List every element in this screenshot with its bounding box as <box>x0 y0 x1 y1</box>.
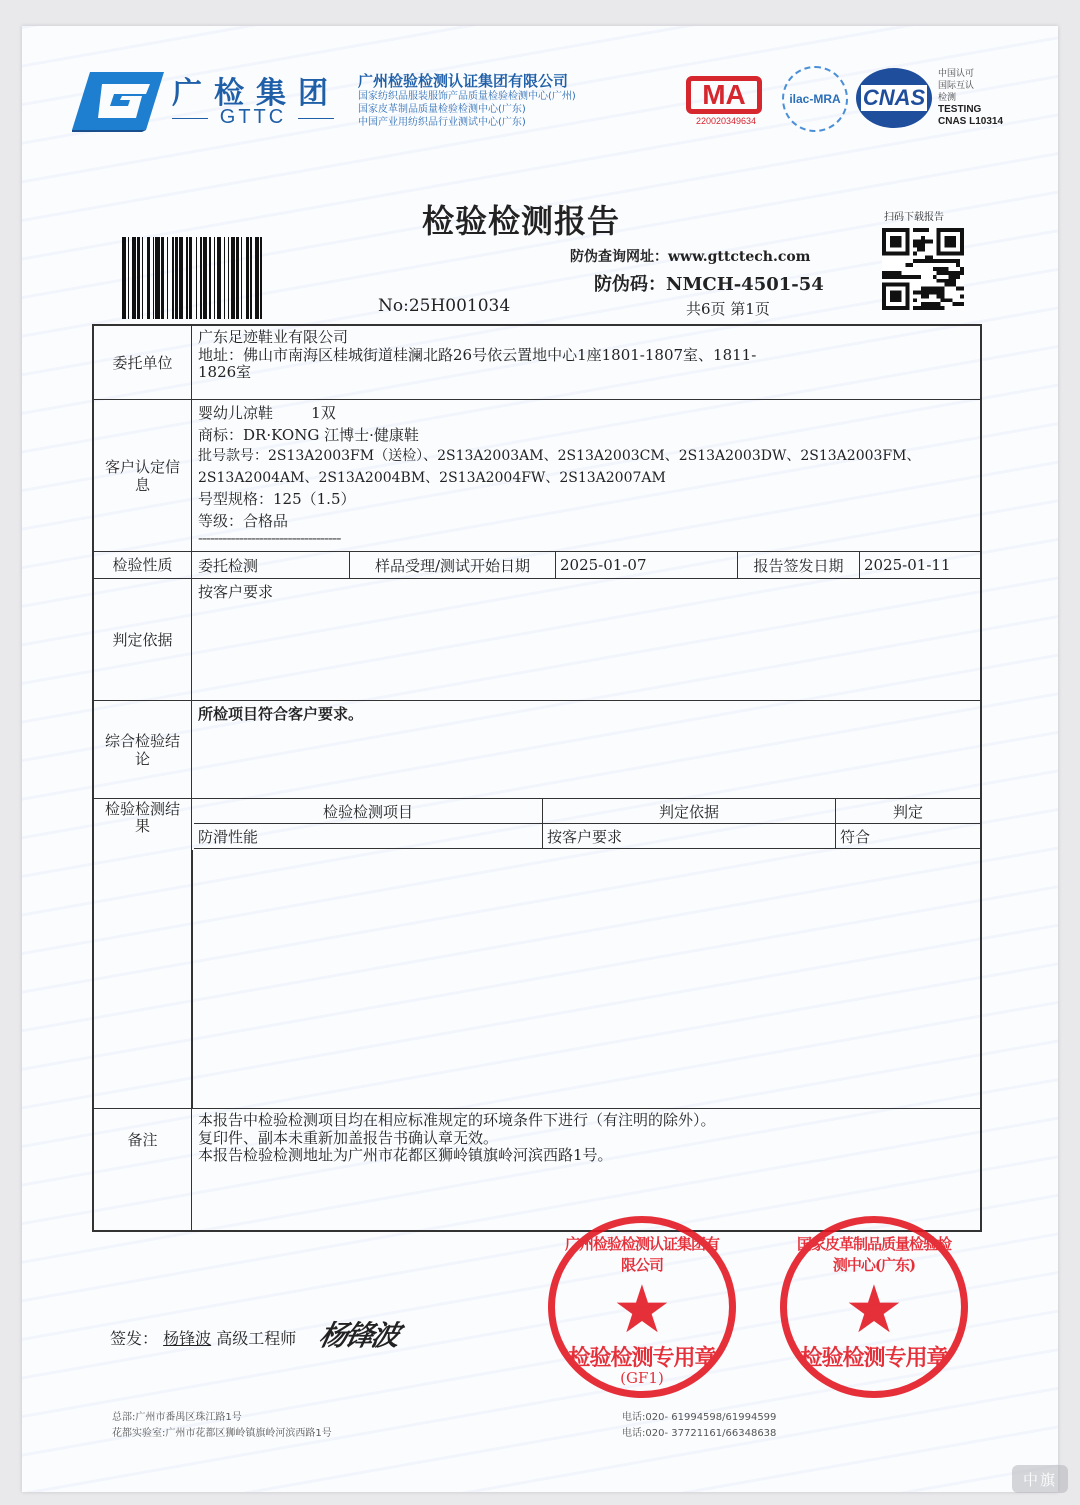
source-watermark: 中旗 <box>1012 1465 1068 1493</box>
signer-name: 杨锋波 <box>163 1329 211 1348</box>
size-spec: 号型规格：125（1.5） <box>198 489 976 511</box>
results-table: 检验检测项目 判定依据 判定 防滑性能 按客户要求 符合 <box>194 799 980 850</box>
report-table: 委托单位 广东足迹鞋业有限公司 地址：佛山市南海区桂城街道桂澜北路26号依云置地… <box>92 324 982 1232</box>
conclusion-text: 所检项目符合客户要求。 <box>194 701 980 798</box>
company-subtitles: 国家纺织品服装服饰产品质量检验检测中心(广州) 国家皮革制品质量检验检测中心(广… <box>358 90 576 129</box>
page-count: 共6页 第1页 <box>686 298 770 319</box>
customer-info-row: 客户认定信息 婴幼儿凉鞋 1双 商标：DR·KONG 江博士·健康鞋 批号款号：… <box>94 400 980 552</box>
client-row: 委托单位 广东足迹鞋业有限公司 地址：佛山市南海区桂城街道桂澜北路26号依云置地… <box>94 326 980 400</box>
signoff: 签发： 杨锋波 高级工程师 <box>110 1326 296 1349</box>
conclusion-row: 综合检验结论 所检项目符合客户要求。 <box>94 701 980 799</box>
client-address: 地址：佛山市南海区桂城街道桂澜北路26号依云置地中心1座1801-1807室、1… <box>198 347 976 365</box>
verify-code: 防伪码：NMCH-4501-54 <box>594 270 824 296</box>
seal-leather-center-icon: 国家皮革制品质量检验检测中心(广东) ★ 检验检测专用章 <box>780 1216 968 1398</box>
results-row: 检验检测结果 检验检测项目 判定依据 判定 防滑性能 按客户要求 符合 <box>94 799 980 1109</box>
footer-addresses: 总部:广州市番禺区珠江路1号 花都实验室:广州市花都区狮岭镇旗岭河滨西路1号 <box>112 1410 332 1442</box>
accreditation-text: 中国认可 国际互认 检测 TESTING CNAS L10314 <box>938 68 1003 128</box>
issue-date: 2025-01-11 <box>860 552 980 578</box>
handwritten-signature: 杨锋波 <box>316 1314 403 1354</box>
cnas-logo-icon: CNAS <box>856 68 932 128</box>
results-header: 检验检测项目 判定依据 判定 <box>194 799 980 824</box>
company-name: 广州检验检测认证集团有限公司 <box>358 70 568 91</box>
qr-label: 扫码下载报告 <box>884 208 944 223</box>
cma-number: 220020349634 <box>686 116 766 126</box>
cma-mark-icon: MA 220020349634 <box>686 76 766 126</box>
barcode-icon <box>122 237 370 319</box>
report-number: No:25H001034 <box>378 296 510 316</box>
end-rule: ----------------------------------- <box>198 532 976 544</box>
batch-numbers: 批号款号：2S13A2003FM（送检）、2S13A2003AM、2S13A20… <box>198 446 976 468</box>
verify-url: 防伪查询网址：www.gttctech.com <box>570 246 811 266</box>
report-title: 检验检测报告 <box>422 196 620 242</box>
table-row: 防滑性能 按客户要求 符合 <box>194 824 980 849</box>
brand-name-en: GTTC <box>172 106 334 129</box>
start-date: 2025-01-07 <box>556 552 738 578</box>
qr-code-icon[interactable] <box>882 228 964 310</box>
gttc-logo-icon <box>72 70 164 132</box>
ilac-mra-icon: ilac-MRA <box>782 66 848 132</box>
signer-title: 高级工程师 <box>216 1329 296 1348</box>
seal-gttc-icon: 广州检验检测认证集团有限公司 ★ 检验检测专用章 (GF1) <box>548 1216 736 1398</box>
client-name: 广东足迹鞋业有限公司 <box>198 329 976 347</box>
product-name: 婴幼儿凉鞋 1双 <box>198 403 976 425</box>
report-page: 广检集团 GTTC 广州检验检测认证集团有限公司 国家纺织品服装服饰产品质量检验… <box>22 26 1058 1492</box>
basis-row: 判定依据 按客户要求 <box>94 579 980 701</box>
remarks-row: 备注 本报告中检验检测项目均在相应标准规定的环境条件下进行（有注明的除外）。 复… <box>94 1109 980 1232</box>
nature-row: 检验性质 委托检测 样品受理/测试开始日期 2025-01-07 报告签发日期 … <box>94 552 980 579</box>
star-icon: ★ <box>844 1277 903 1343</box>
trademark: 商标：DR·KONG 江博士·健康鞋 <box>198 425 976 447</box>
footer-phones: 电话:020- 61994598/61994599 电话:020- 377211… <box>622 1410 776 1442</box>
star-icon: ★ <box>612 1277 671 1343</box>
